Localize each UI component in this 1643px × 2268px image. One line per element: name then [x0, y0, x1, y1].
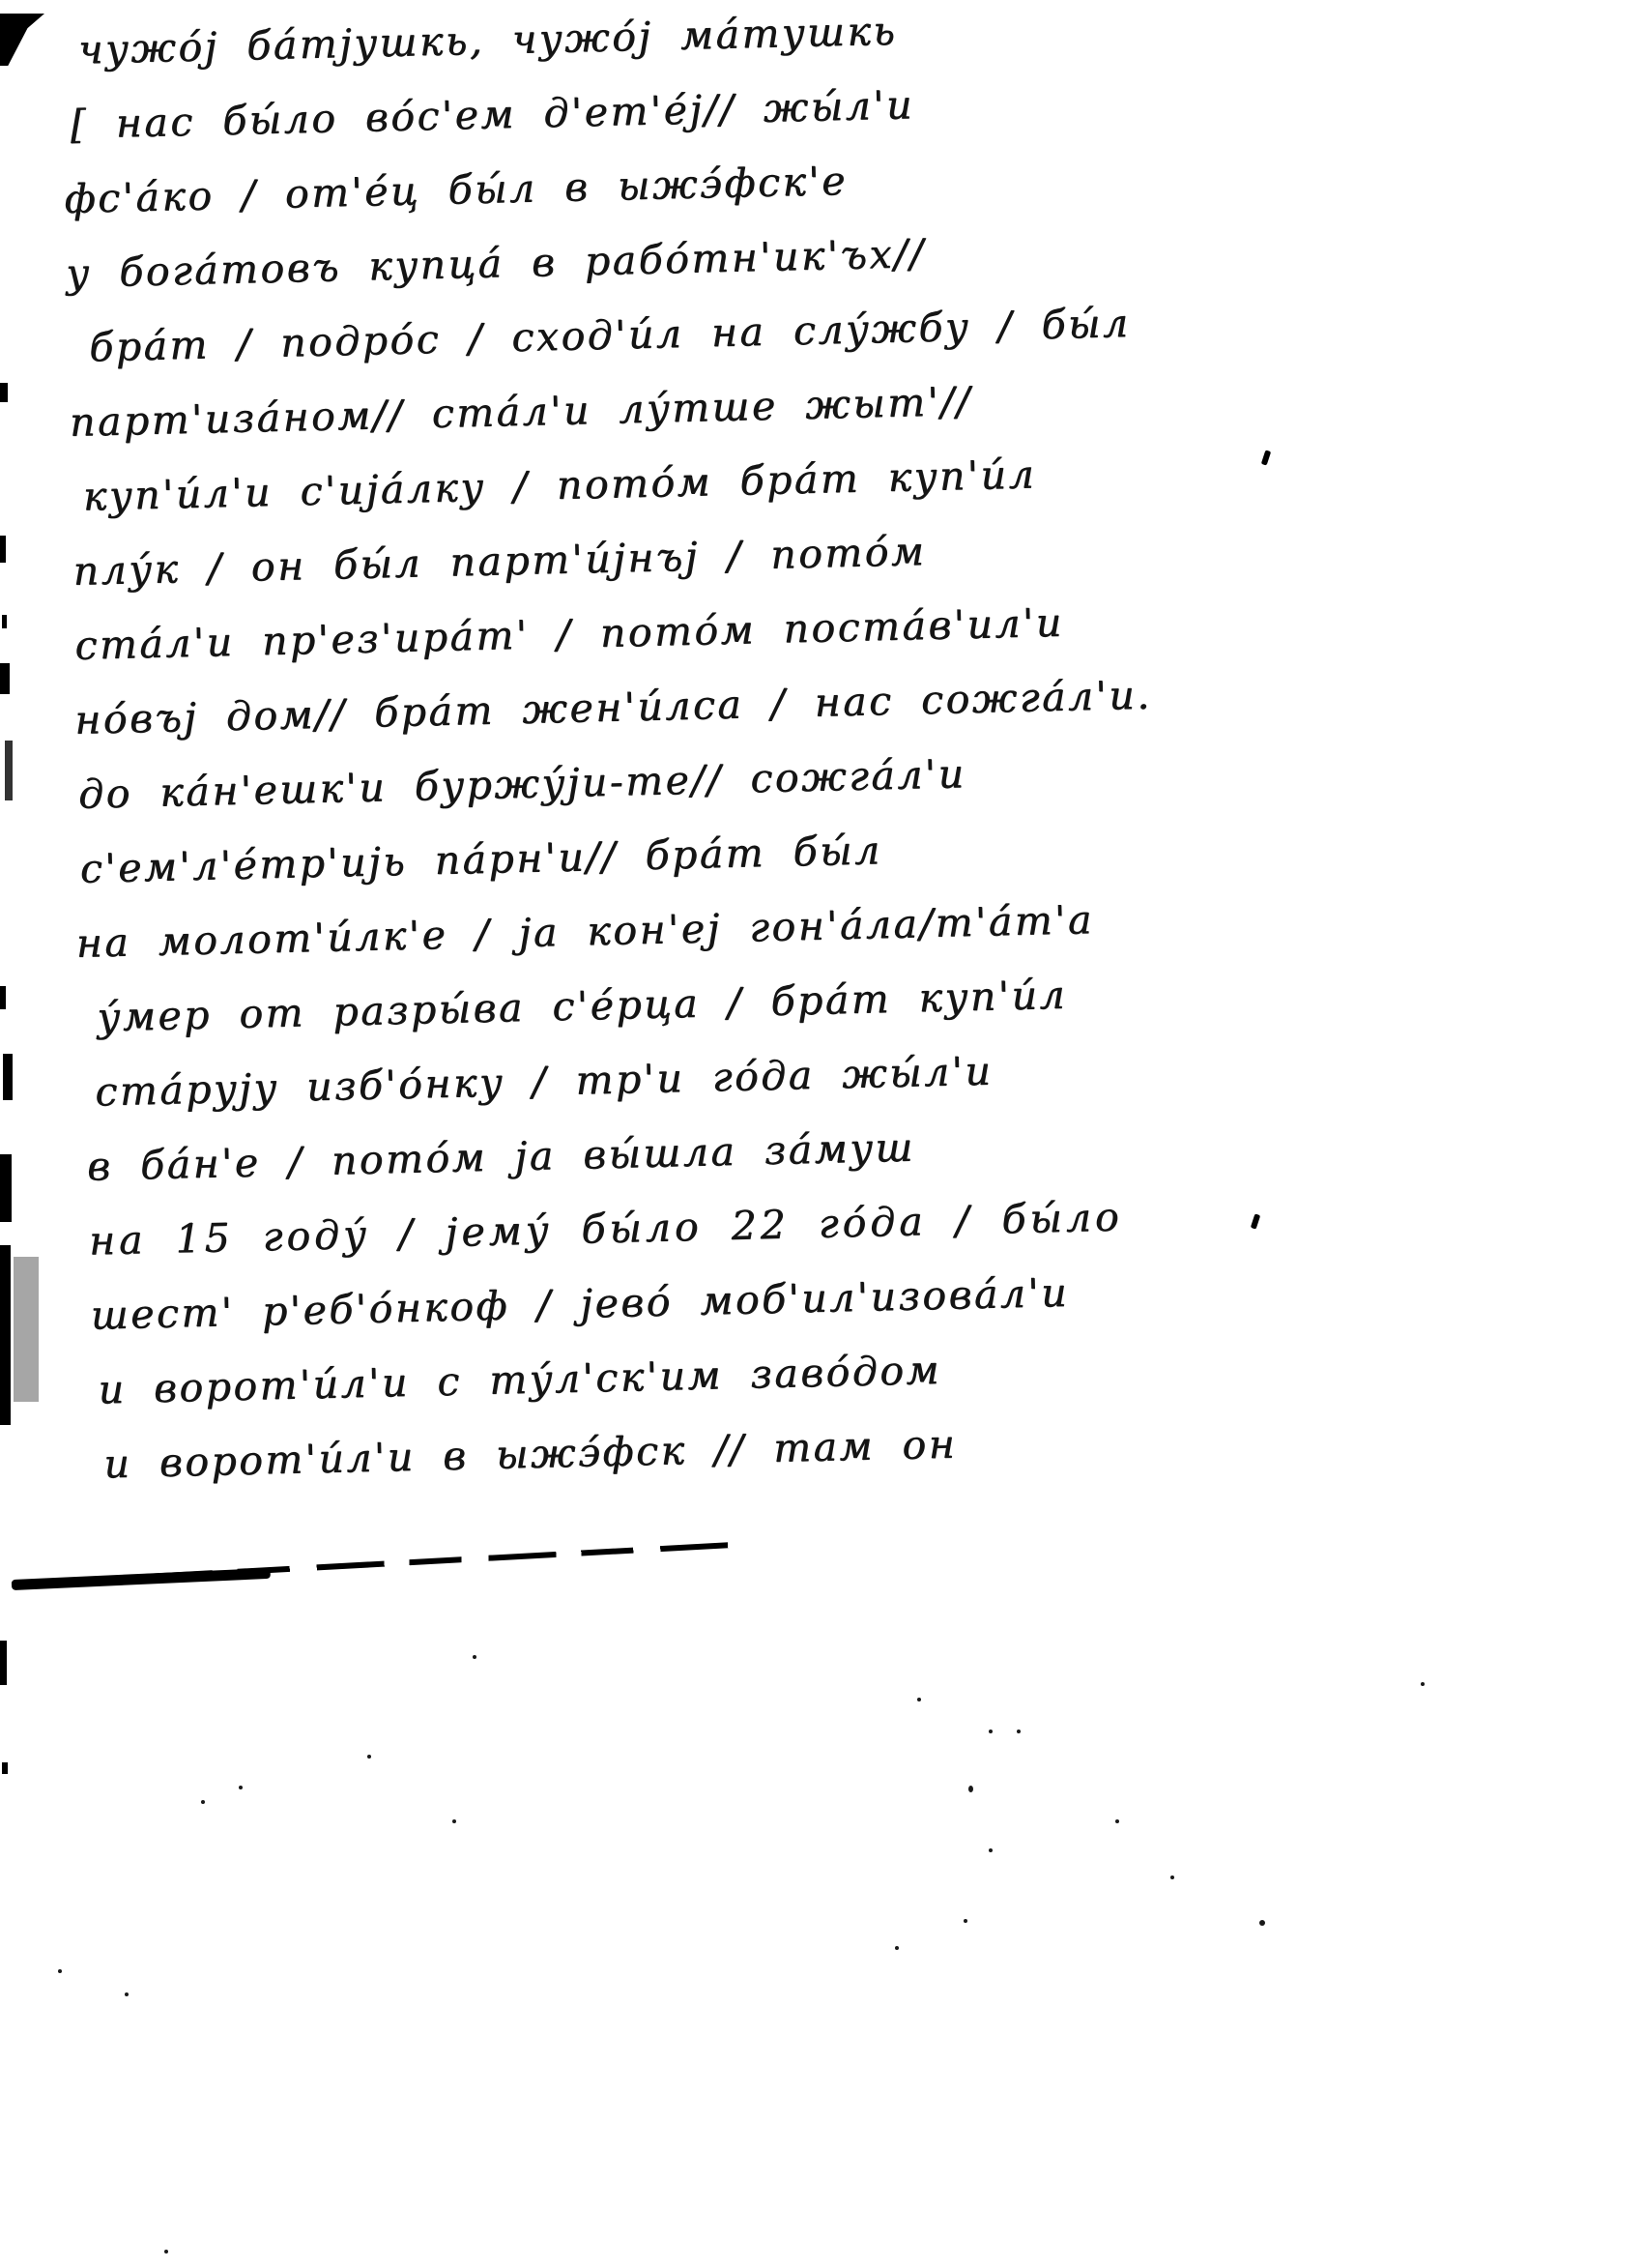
scan-speck [989, 1730, 993, 1733]
manuscript-page: чужо́ј ба́тјушкь, чужо́ј ма́тушкь [ нас … [0, 0, 1643, 2268]
scan-smear-line-dashes [145, 1541, 743, 1580]
scan-speck [1170, 1875, 1174, 1879]
left-edge-noise [2, 1762, 8, 1774]
scan-speck [917, 1698, 921, 1701]
left-edge-noise [0, 1154, 12, 1222]
left-edge-noise [0, 1245, 11, 1425]
left-edge-noise [14, 1257, 39, 1402]
scan-speck [895, 1946, 899, 1950]
left-edge-noise [0, 1641, 7, 1685]
scan-speck [58, 1969, 62, 1973]
scan-speck [1421, 1682, 1425, 1686]
left-edge-noise [0, 986, 6, 1009]
handwriting-block: чужо́ј ба́тјушкь, чужо́ј ма́тушкь [ нас … [60, 0, 1332, 1502]
scan-speck [201, 1800, 205, 1804]
left-edge-noise [5, 741, 13, 800]
left-edge-noise [0, 663, 10, 694]
scan-speck [964, 1919, 967, 1923]
left-edge-noise [0, 383, 8, 402]
scan-speck [1017, 1730, 1021, 1733]
scan-speck [968, 1786, 973, 1792]
scan-speck [1115, 1819, 1119, 1823]
scan-speck [1259, 1920, 1265, 1926]
scan-speck [125, 1992, 129, 1996]
left-edge-noise [2, 615, 7, 628]
left-edge-noise [0, 536, 6, 563]
scan-speck [367, 1755, 371, 1759]
scan-corner-mark [0, 14, 44, 66]
scan-speck [989, 1848, 993, 1852]
scan-speck [473, 1655, 476, 1659]
scan-speck [164, 2250, 168, 2253]
scan-speck [239, 1786, 243, 1789]
scan-speck [452, 1819, 456, 1823]
left-edge-noise [3, 1054, 13, 1100]
